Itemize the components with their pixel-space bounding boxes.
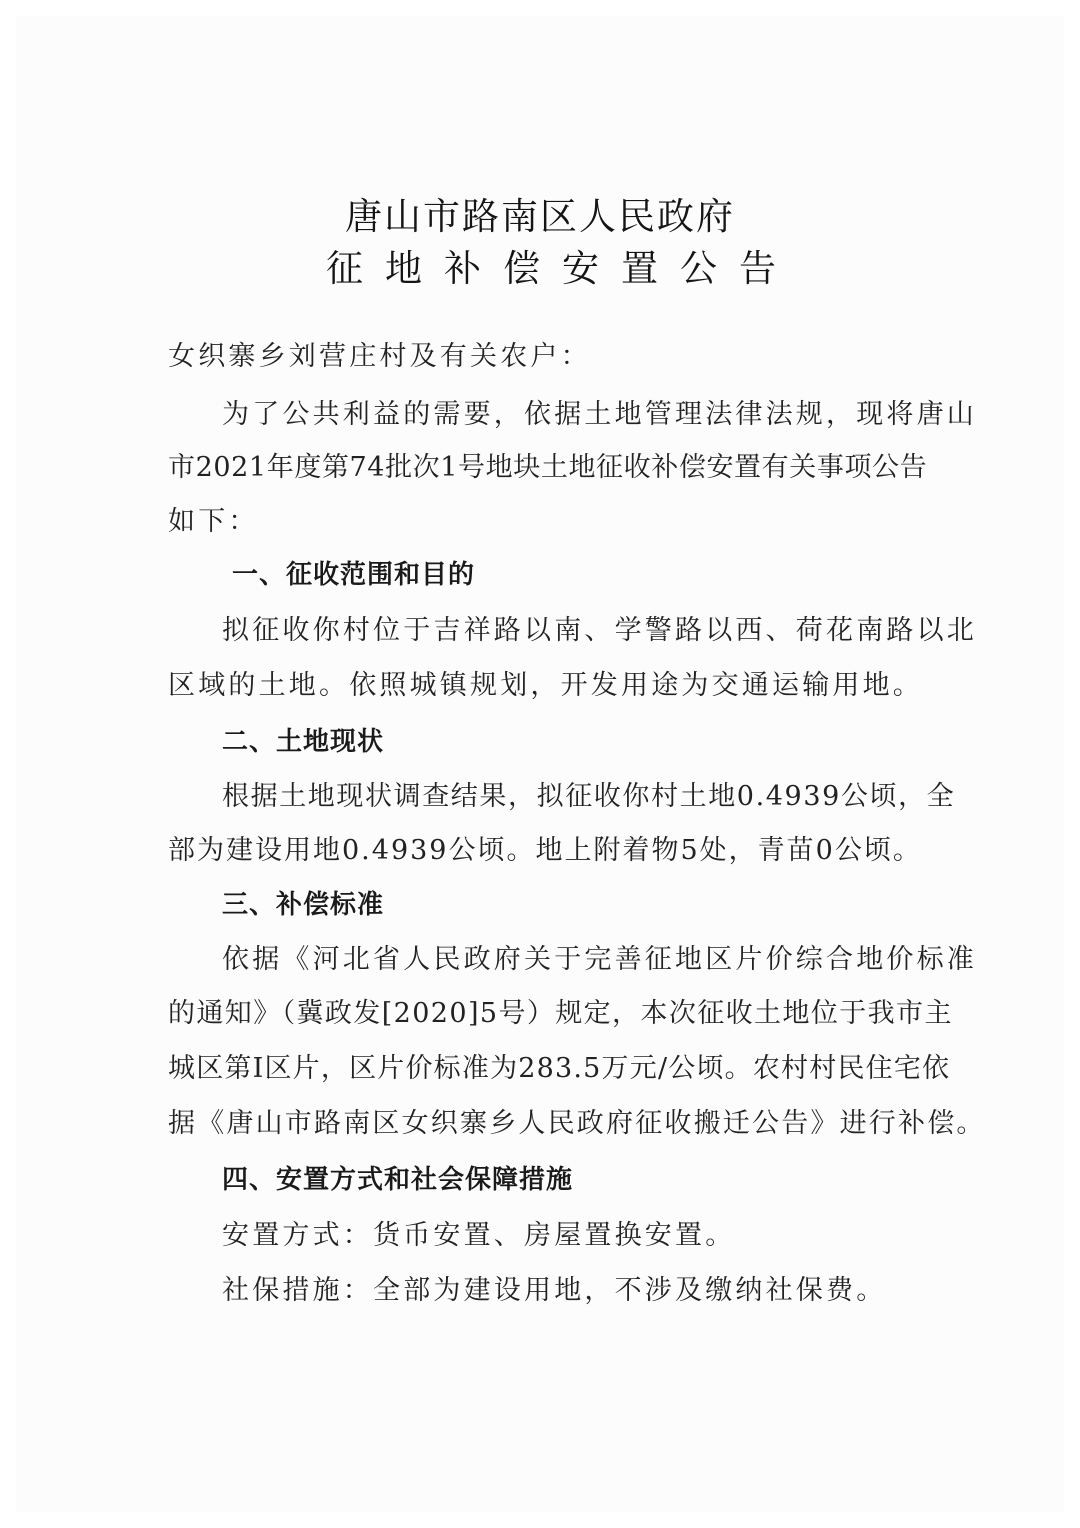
section-compensation-line: 城区第I区片，区片价标准为283.5万元/公顷。农村村民住宅依	[168, 1052, 950, 1086]
intro-line: 如下：	[168, 505, 259, 539]
section-scope-line: 区域的土地。依照城镇规划，开发用途为交通运输用地。	[168, 669, 923, 703]
section-scope-line: 拟征收你村位于吉祥路以南、学警路以西、荷花南路以北	[222, 614, 977, 648]
intro-line: 市2021年度第74批次1号地块土地征收补偿安置有关事项公告	[168, 451, 927, 485]
section-heading-land-status: 二、土地现状	[222, 725, 384, 759]
section-resettlement-line: 安置方式：货币安置、房屋置换安置。	[222, 1219, 735, 1253]
section-heading-scope: 一、征收范围和目的	[232, 558, 475, 592]
section-compensation-line: 依据《河北省人民政府关于完善征地区片价综合地价标准	[222, 943, 977, 977]
section-heading-compensation: 三、补偿标准	[222, 888, 384, 922]
section-compensation-line: 的通知》（冀政发[2020]5号）规定，本次征收土地位于我市主	[168, 997, 953, 1031]
document-title-subject: 征地补偿安置公告	[0, 238, 1080, 292]
section-resettlement-line: 社保措施：全部为建设用地，不涉及缴纳社保费。	[222, 1274, 886, 1308]
section-land-status-line: 根据土地现状调查结果，拟征收你村土地0.4939公顷，全	[222, 780, 955, 814]
section-land-status-line: 部为建设用地0.4939公顷。地上附着物5处，青苗0公顷。	[168, 834, 922, 868]
section-compensation-line: 据《唐山市路南区女织寨乡人民政府征收搬迁公告》进行补偿。	[168, 1107, 986, 1141]
document-title-issuer: 唐山市路南区人民政府	[0, 186, 1080, 240]
salutation: 女织寨乡刘营庄村及有关农户：	[168, 340, 591, 374]
section-heading-resettlement: 四、安置方式和社会保障措施	[222, 1163, 573, 1197]
intro-line: 为了公共利益的需要，依据土地管理法律法规，现将唐山	[222, 398, 977, 432]
